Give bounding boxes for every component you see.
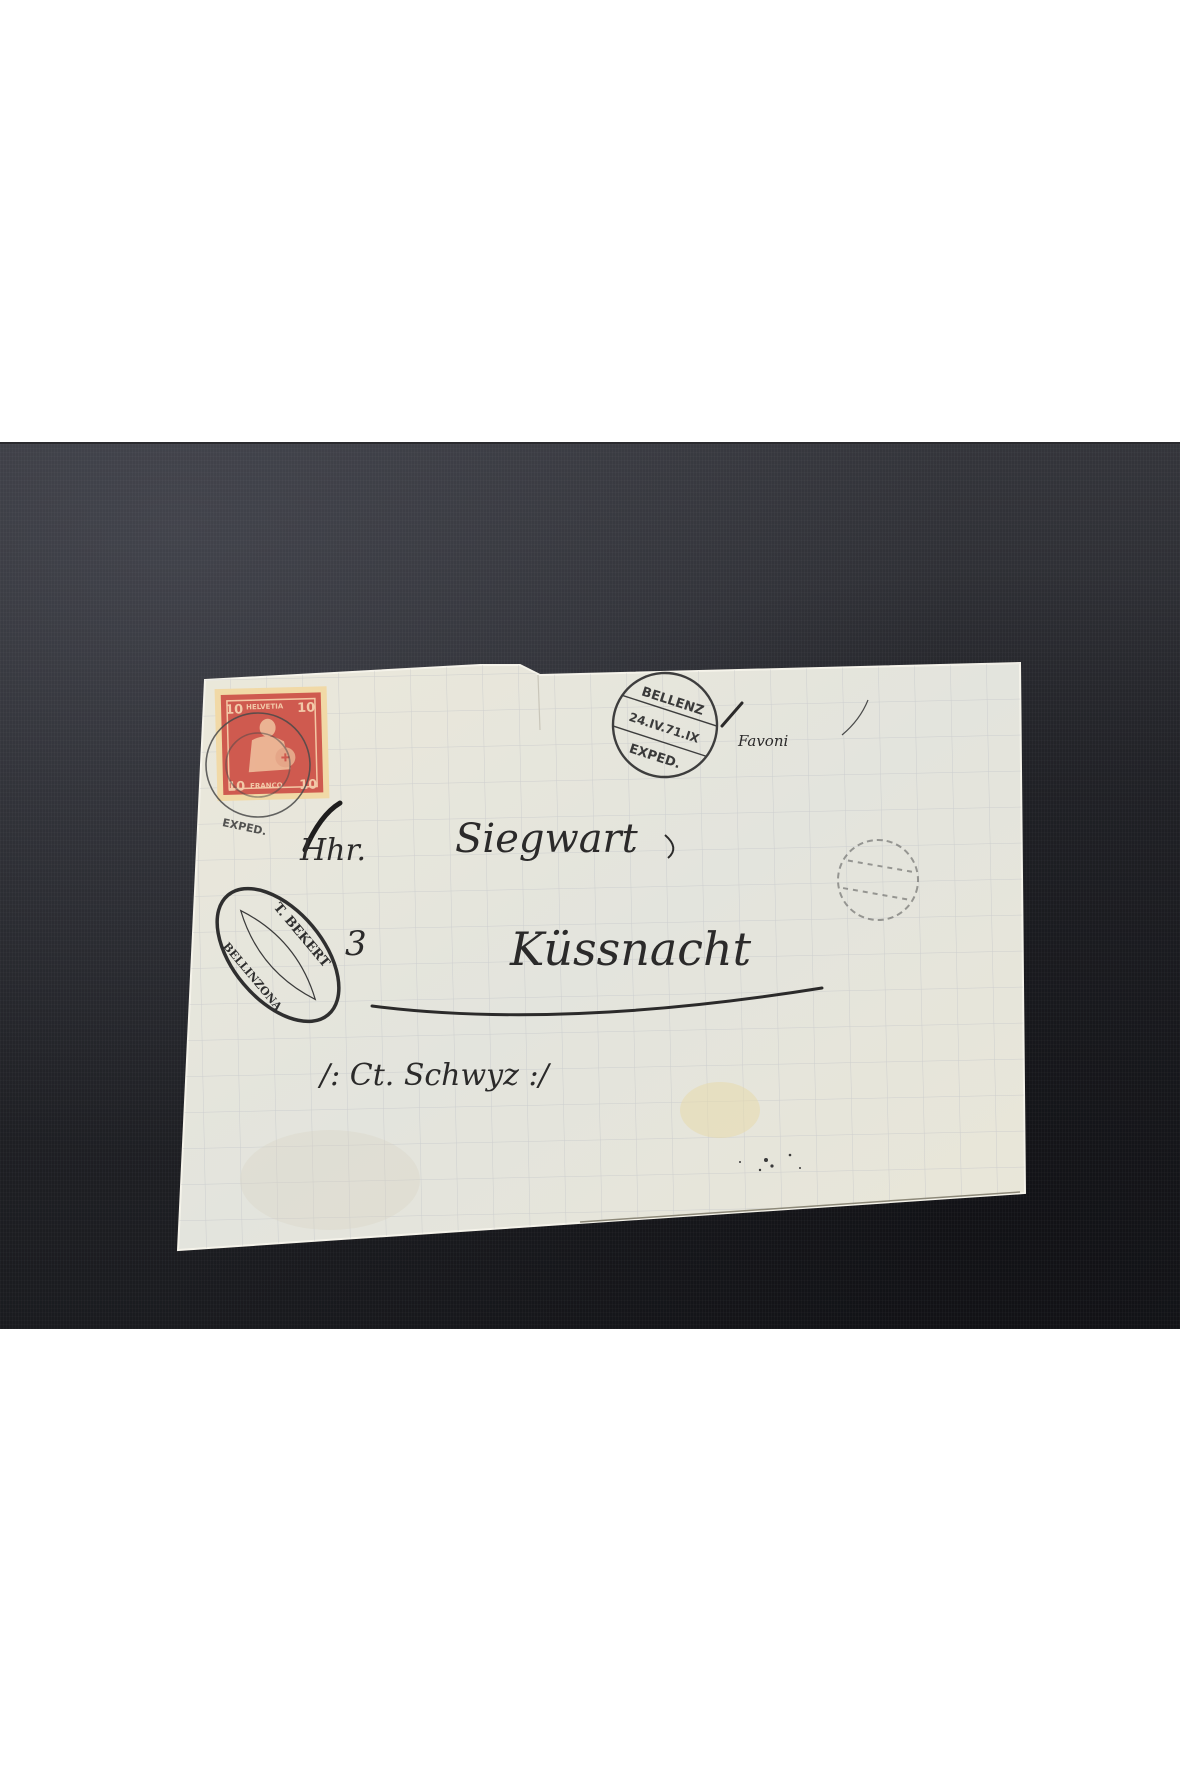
stamp-value-tr: 10 <box>297 701 315 716</box>
address-name: Siegwart <box>455 816 639 862</box>
stamp-label: FRANCO <box>250 781 283 790</box>
stamp-country: HELVETIA <box>246 702 284 711</box>
letter-cover-illustration: 10 10 HELVETIA 10 10 FRANCO EXPED. BELLE… <box>0 0 1180 1770</box>
address-prefix: 3 <box>345 924 367 964</box>
address-salutation: Hhr. <box>299 833 366 868</box>
address-town: Küssnacht <box>509 922 752 976</box>
address-canton: /: Ct. Schwyz :/ <box>317 1058 552 1093</box>
routing-note: Favoni <box>737 732 788 750</box>
